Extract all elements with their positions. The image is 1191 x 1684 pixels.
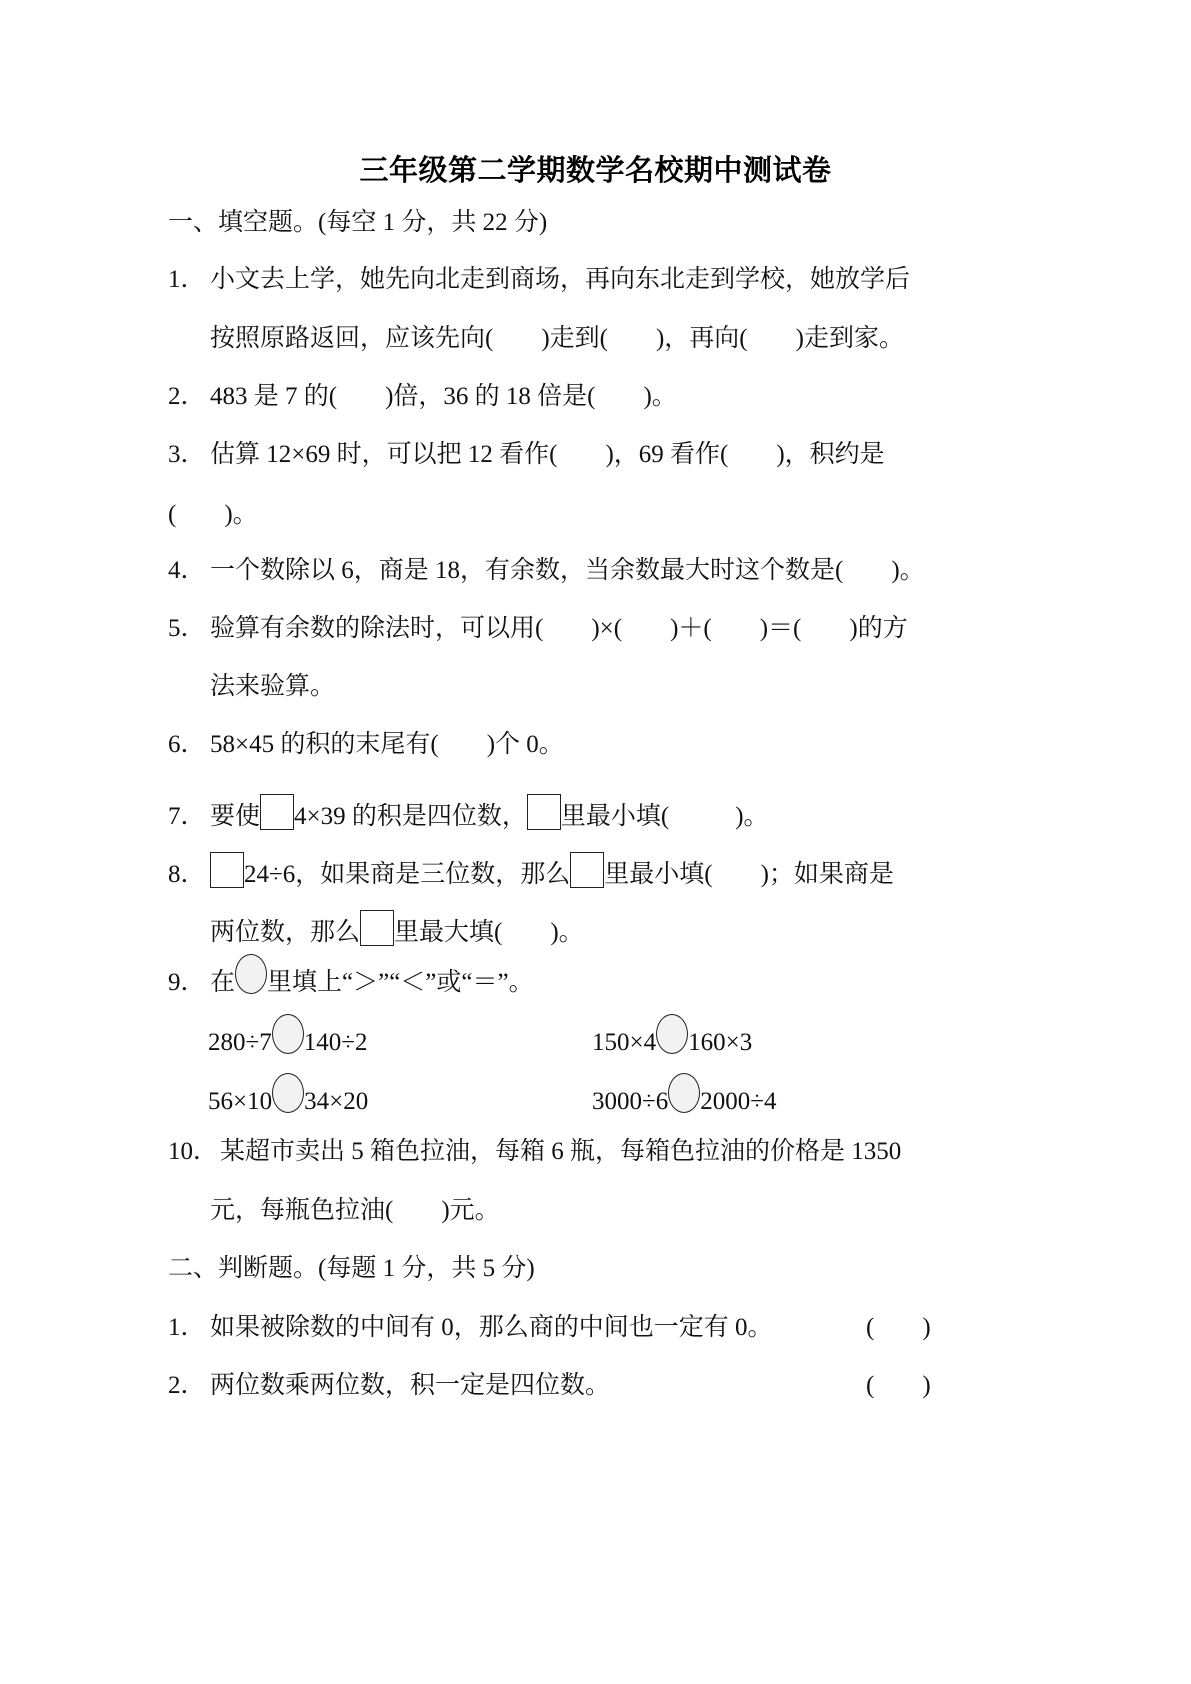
text: )×(: [591, 615, 622, 642]
question-3-line2: ()。: [168, 500, 258, 530]
square-box-icon[interactable]: [260, 794, 294, 830]
text: 483 是 7 的(: [210, 383, 337, 410]
circle-answer-input[interactable]: [272, 1073, 304, 1113]
text: 58×45 的积的末尾有(: [210, 731, 439, 758]
question-2: 2．483 是 7 的()倍，36 的 18 倍是()。: [168, 382, 677, 412]
question-number: 7．: [168, 802, 210, 832]
paren-open: (: [866, 1372, 874, 1399]
text: )，积约是: [776, 441, 884, 468]
text: )走到(: [541, 325, 608, 352]
text: )。: [643, 383, 676, 410]
text: )走到家。: [796, 325, 904, 352]
circle-answer-input[interactable]: [656, 1014, 688, 1054]
comparison-right: 160×3: [688, 1029, 752, 1056]
comparison-4: 3000÷62000÷4: [592, 1087, 776, 1117]
judgment-item-1: 1．如果被除数的中间有 0，那么商的中间也一定有 0。: [168, 1313, 773, 1343]
text: 里填上“＞”“＜”或“＝”。: [267, 969, 534, 996]
text: )倍，36 的 18 倍是(: [385, 383, 595, 410]
question-number: 2．: [168, 1371, 210, 1401]
question-10: 10．某超市卖出 5 箱色拉油，每箱 6 瓶，每箱色拉油的价格是 1350: [168, 1137, 901, 1167]
comparison-left: 150×4: [592, 1029, 656, 1056]
question-8: 8．24÷6，如果商是三位数，那么里最小填()；如果商是: [168, 852, 894, 890]
comparison-2: 150×4160×3: [592, 1028, 752, 1058]
square-box-icon[interactable]: [527, 794, 561, 830]
square-box-icon[interactable]: [570, 852, 604, 888]
question-number: 10．: [168, 1137, 220, 1167]
text: )的方: [849, 615, 907, 642]
comparison-1: 280÷7140÷2: [208, 1028, 367, 1058]
paren-close: ): [922, 1314, 930, 1341]
text: 要使: [210, 803, 260, 830]
question-text: 小文去上学，她先向北走到商场，再向东北走到学校，她放学后: [210, 266, 910, 293]
question-text: 某超市卖出 5 箱色拉油，每箱 6 瓶，每箱色拉油的价格是 1350: [220, 1138, 901, 1165]
judgment-item-2: 2．两位数乘两位数，积一定是四位数。: [168, 1371, 610, 1401]
question-5: 5．验算有余数的除法时，可以用()×()＋()＝()的方: [168, 614, 908, 644]
text: 按照原路返回，应该先向(: [210, 325, 493, 352]
paren-close: ): [922, 1372, 930, 1399]
text: 里最小填(: [561, 803, 669, 830]
text: )，69 看作(: [605, 441, 728, 468]
comparison-3: 56×1034×20: [208, 1087, 368, 1117]
question-number: 4．: [168, 556, 210, 586]
text: )。: [735, 803, 768, 830]
question-1-line2: 按照原路返回，应该先向()走到()，再向()走到家。: [210, 324, 904, 354]
question-number: 5．: [168, 614, 210, 644]
text: 估算 12×69 时，可以把 12 看作(: [210, 441, 557, 468]
text: 两位数，那么: [210, 919, 360, 946]
question-text: 两位数乘两位数，积一定是四位数。: [210, 1372, 610, 1399]
question-text: 如果被除数的中间有 0，那么商的中间也一定有 0。: [210, 1314, 773, 1341]
question-number: 8．: [168, 860, 210, 890]
text: 在: [210, 969, 235, 996]
question-4: 4．一个数除以 6，商是 18，有余数，当余数最大时这个数是()。: [168, 556, 925, 586]
section1-heading: 一、填空题。(每空 1 分，共 22 分): [168, 208, 547, 238]
paren-open: (: [866, 1314, 874, 1341]
question-7: 7．要使4×39 的积是四位数，里最小填()。: [168, 794, 769, 832]
question-number: 6．: [168, 730, 210, 760]
question-3: 3．估算 12×69 时，可以把 12 看作()，69 看作()，积约是: [168, 440, 885, 470]
text: 验算有余数的除法时，可以用(: [210, 615, 543, 642]
square-box-icon[interactable]: [210, 852, 244, 888]
circle-answer-input[interactable]: [272, 1014, 304, 1054]
exam-title: 三年级第二学期数学名校期中测试卷: [0, 148, 1191, 189]
question-10-line2: 元，每瓶色拉油()元。: [210, 1196, 500, 1226]
question-5-line2: 法来验算。: [210, 672, 335, 702]
circle-icon: [235, 954, 267, 994]
question-number: 9．: [168, 968, 210, 998]
square-box-icon[interactable]: [360, 910, 394, 946]
question-6: 6．58×45 的积的末尾有()个 0。: [168, 730, 564, 760]
text: )个 0。: [487, 731, 564, 758]
judgment-answer-1[interactable]: (): [866, 1313, 931, 1343]
circle-answer-input[interactable]: [668, 1073, 700, 1113]
text: 24÷6，如果商是三位数，那么: [244, 861, 570, 888]
text: )元。: [441, 1197, 499, 1224]
text: 里最大填(: [394, 919, 502, 946]
question-1: 1．小文去上学，她先向北走到商场，再向东北走到学校，她放学后: [168, 265, 910, 295]
comparison-right: 2000÷4: [700, 1088, 776, 1115]
text: 里最小填(: [604, 861, 712, 888]
question-9: 9．在里填上“＞”“＜”或“＝”。: [168, 968, 534, 998]
comparison-right: 140÷2: [304, 1029, 368, 1056]
question-number: 3．: [168, 440, 210, 470]
text: )；如果商是: [761, 861, 894, 888]
comparison-right: 34×20: [304, 1088, 368, 1115]
text: 4×39 的积是四位数，: [294, 803, 527, 830]
text: )＝(: [760, 615, 802, 642]
judgment-answer-2[interactable]: (): [866, 1371, 931, 1401]
section2-heading: 二、判断题。(每题 1 分，共 5 分): [168, 1254, 535, 1284]
text: )。: [224, 501, 257, 528]
text: 一个数除以 6，商是 18，有余数，当余数最大时这个数是(: [210, 557, 843, 584]
question-number: 1．: [168, 1313, 210, 1343]
question-number: 1．: [168, 265, 210, 295]
question-8-line2: 两位数，那么里最大填()。: [210, 910, 584, 948]
comparison-left: 3000÷6: [592, 1088, 668, 1115]
text: )。: [891, 557, 924, 584]
text: (: [168, 501, 176, 528]
comparison-left: 280÷7: [208, 1029, 272, 1056]
text: )＋(: [670, 615, 712, 642]
question-number: 2．: [168, 382, 210, 412]
text: )。: [550, 919, 583, 946]
comparison-left: 56×10: [208, 1088, 272, 1115]
text: 元，每瓶色拉油(: [210, 1197, 393, 1224]
text: )，再向(: [656, 325, 748, 352]
